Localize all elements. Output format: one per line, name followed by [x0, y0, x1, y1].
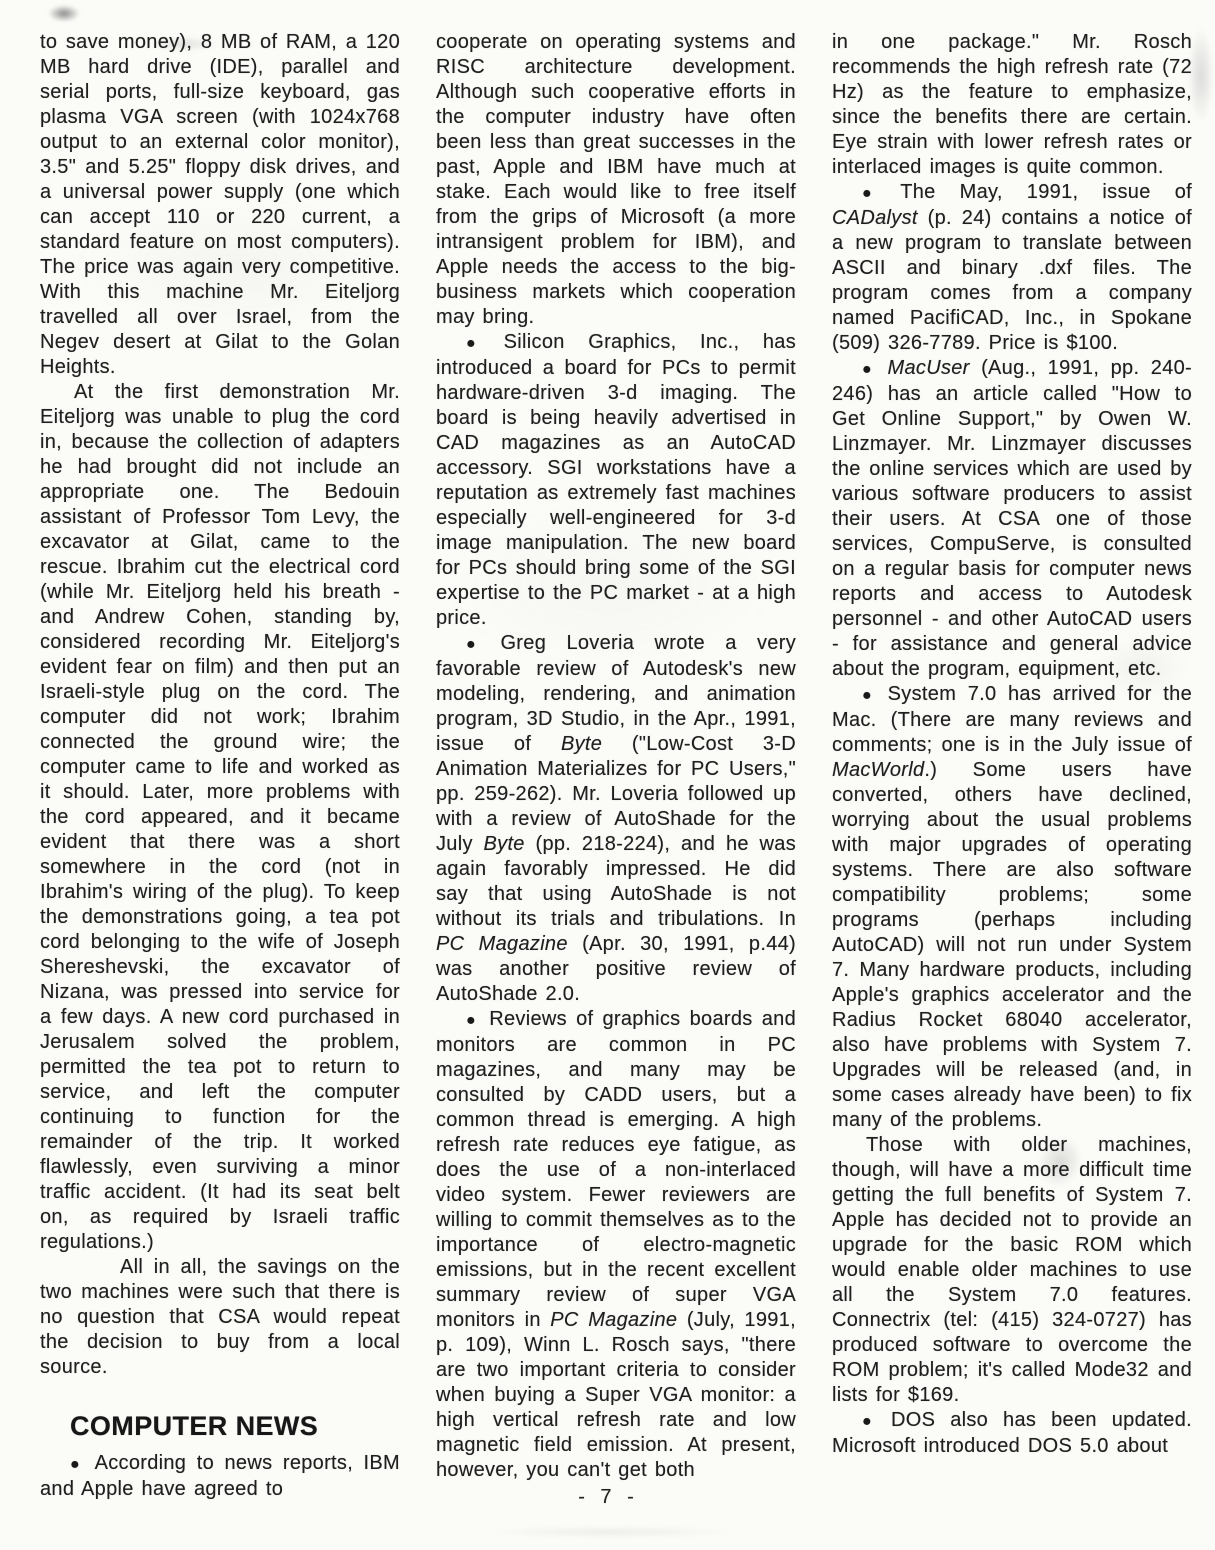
bullet-icon: ●	[466, 1012, 477, 1029]
body-paragraph: Those with older machines, though, will …	[832, 1133, 1192, 1408]
column-middle: cooperate on operating systems and RISC …	[436, 30, 796, 1502]
section-heading: COMPUTER NEWS	[40, 1410, 400, 1442]
italic-text-run: CADalyst	[832, 207, 918, 229]
text-run: DOS also has been updated. Microsoft int…	[832, 1409, 1192, 1457]
text-run: Reviews of graphics boards and monitors …	[436, 1008, 796, 1331]
news-item-paragraph: ●Greg Loveria wrote a very favorable rev…	[436, 631, 796, 1007]
text-run: cooperate on operating systems and RISC …	[436, 31, 796, 328]
scan-artifact	[480, 1526, 740, 1538]
text-run: in one package." Mr. Rosch recommends th…	[832, 31, 1192, 178]
bullet-icon: ●	[70, 1456, 83, 1473]
text-run: .) Some users have converted, others hav…	[832, 759, 1192, 1131]
scan-artifact	[48, 5, 80, 22]
bullet-icon: ●	[862, 361, 876, 378]
bullet-icon: ●	[466, 335, 492, 352]
text-run: COMPUTER NEWS	[70, 1411, 318, 1441]
text-run: All in all, the savings on the two machi…	[40, 1256, 400, 1378]
italic-text-run: PC Magazine	[436, 933, 568, 955]
news-item-paragraph: ●Silicon Graphics, Inc., has introduced …	[436, 330, 796, 631]
news-item-paragraph: ●MacUser (Aug., 1991, pp. 240-246) has a…	[832, 356, 1192, 682]
text-run: (July, 1991, p. 109), Winn L. Rosch says…	[436, 1309, 796, 1481]
bullet-icon: ●	[862, 1413, 879, 1430]
body-paragraph: to save money), 8 MB of RAM, a 120 MB ha…	[40, 30, 400, 380]
italic-text-run: MacUser	[888, 357, 970, 379]
italic-text-run: Byte	[561, 733, 602, 755]
body-paragraph: in one package." Mr. Rosch recommends th…	[832, 30, 1192, 180]
news-item-paragraph: ●System 7.0 has arrived for the Mac. (Th…	[832, 682, 1192, 1133]
body-paragraph: At the first demonstration Mr. Eiteljorg…	[40, 380, 400, 1255]
text-run: to save money), 8 MB of RAM, a 120 MB ha…	[40, 31, 400, 378]
page-number: - 7 -	[0, 1486, 1215, 1509]
column-left: to save money), 8 MB of RAM, a 120 MB ha…	[40, 30, 400, 1502]
body-paragraph: cooperate on operating systems and RISC …	[436, 30, 796, 330]
text-run: System 7.0 has arrived for the Mac. (The…	[832, 683, 1192, 756]
text-columns: to save money), 8 MB of RAM, a 120 MB ha…	[40, 30, 1192, 1502]
text-run: (p. 24) contains a notice of a new progr…	[832, 207, 1192, 354]
italic-text-run: Byte	[484, 833, 525, 855]
news-item-paragraph: ●DOS also has been updated. Microsoft in…	[832, 1408, 1192, 1459]
bullet-icon: ●	[862, 687, 876, 704]
text-run: Silicon Graphics, Inc., has introduced a…	[436, 331, 796, 629]
text-run: At the first demonstration Mr. Eiteljorg…	[40, 381, 400, 1253]
news-item-paragraph: ●The May, 1991, issue of CADalyst (p. 24…	[832, 180, 1192, 356]
text-run: Those with older machines, though, will …	[832, 1134, 1192, 1406]
bullet-icon: ●	[862, 185, 888, 202]
text-run: The May, 1991, issue of	[900, 181, 1192, 203]
body-paragraph: All in all, the savings on the two machi…	[40, 1255, 400, 1380]
column-right: in one package." Mr. Rosch recommends th…	[832, 30, 1192, 1502]
italic-text-run: PC Magazine	[550, 1309, 677, 1331]
scanned-newsletter-page: to save money), 8 MB of RAM, a 120 MB ha…	[0, 0, 1215, 1550]
italic-text-run: MacWorld	[832, 759, 924, 781]
text-run: (Aug., 1991, pp. 240-246) has an article…	[832, 357, 1192, 680]
news-item-paragraph: ●Reviews of graphics boards and monitors…	[436, 1007, 796, 1483]
bullet-icon: ●	[466, 636, 488, 653]
